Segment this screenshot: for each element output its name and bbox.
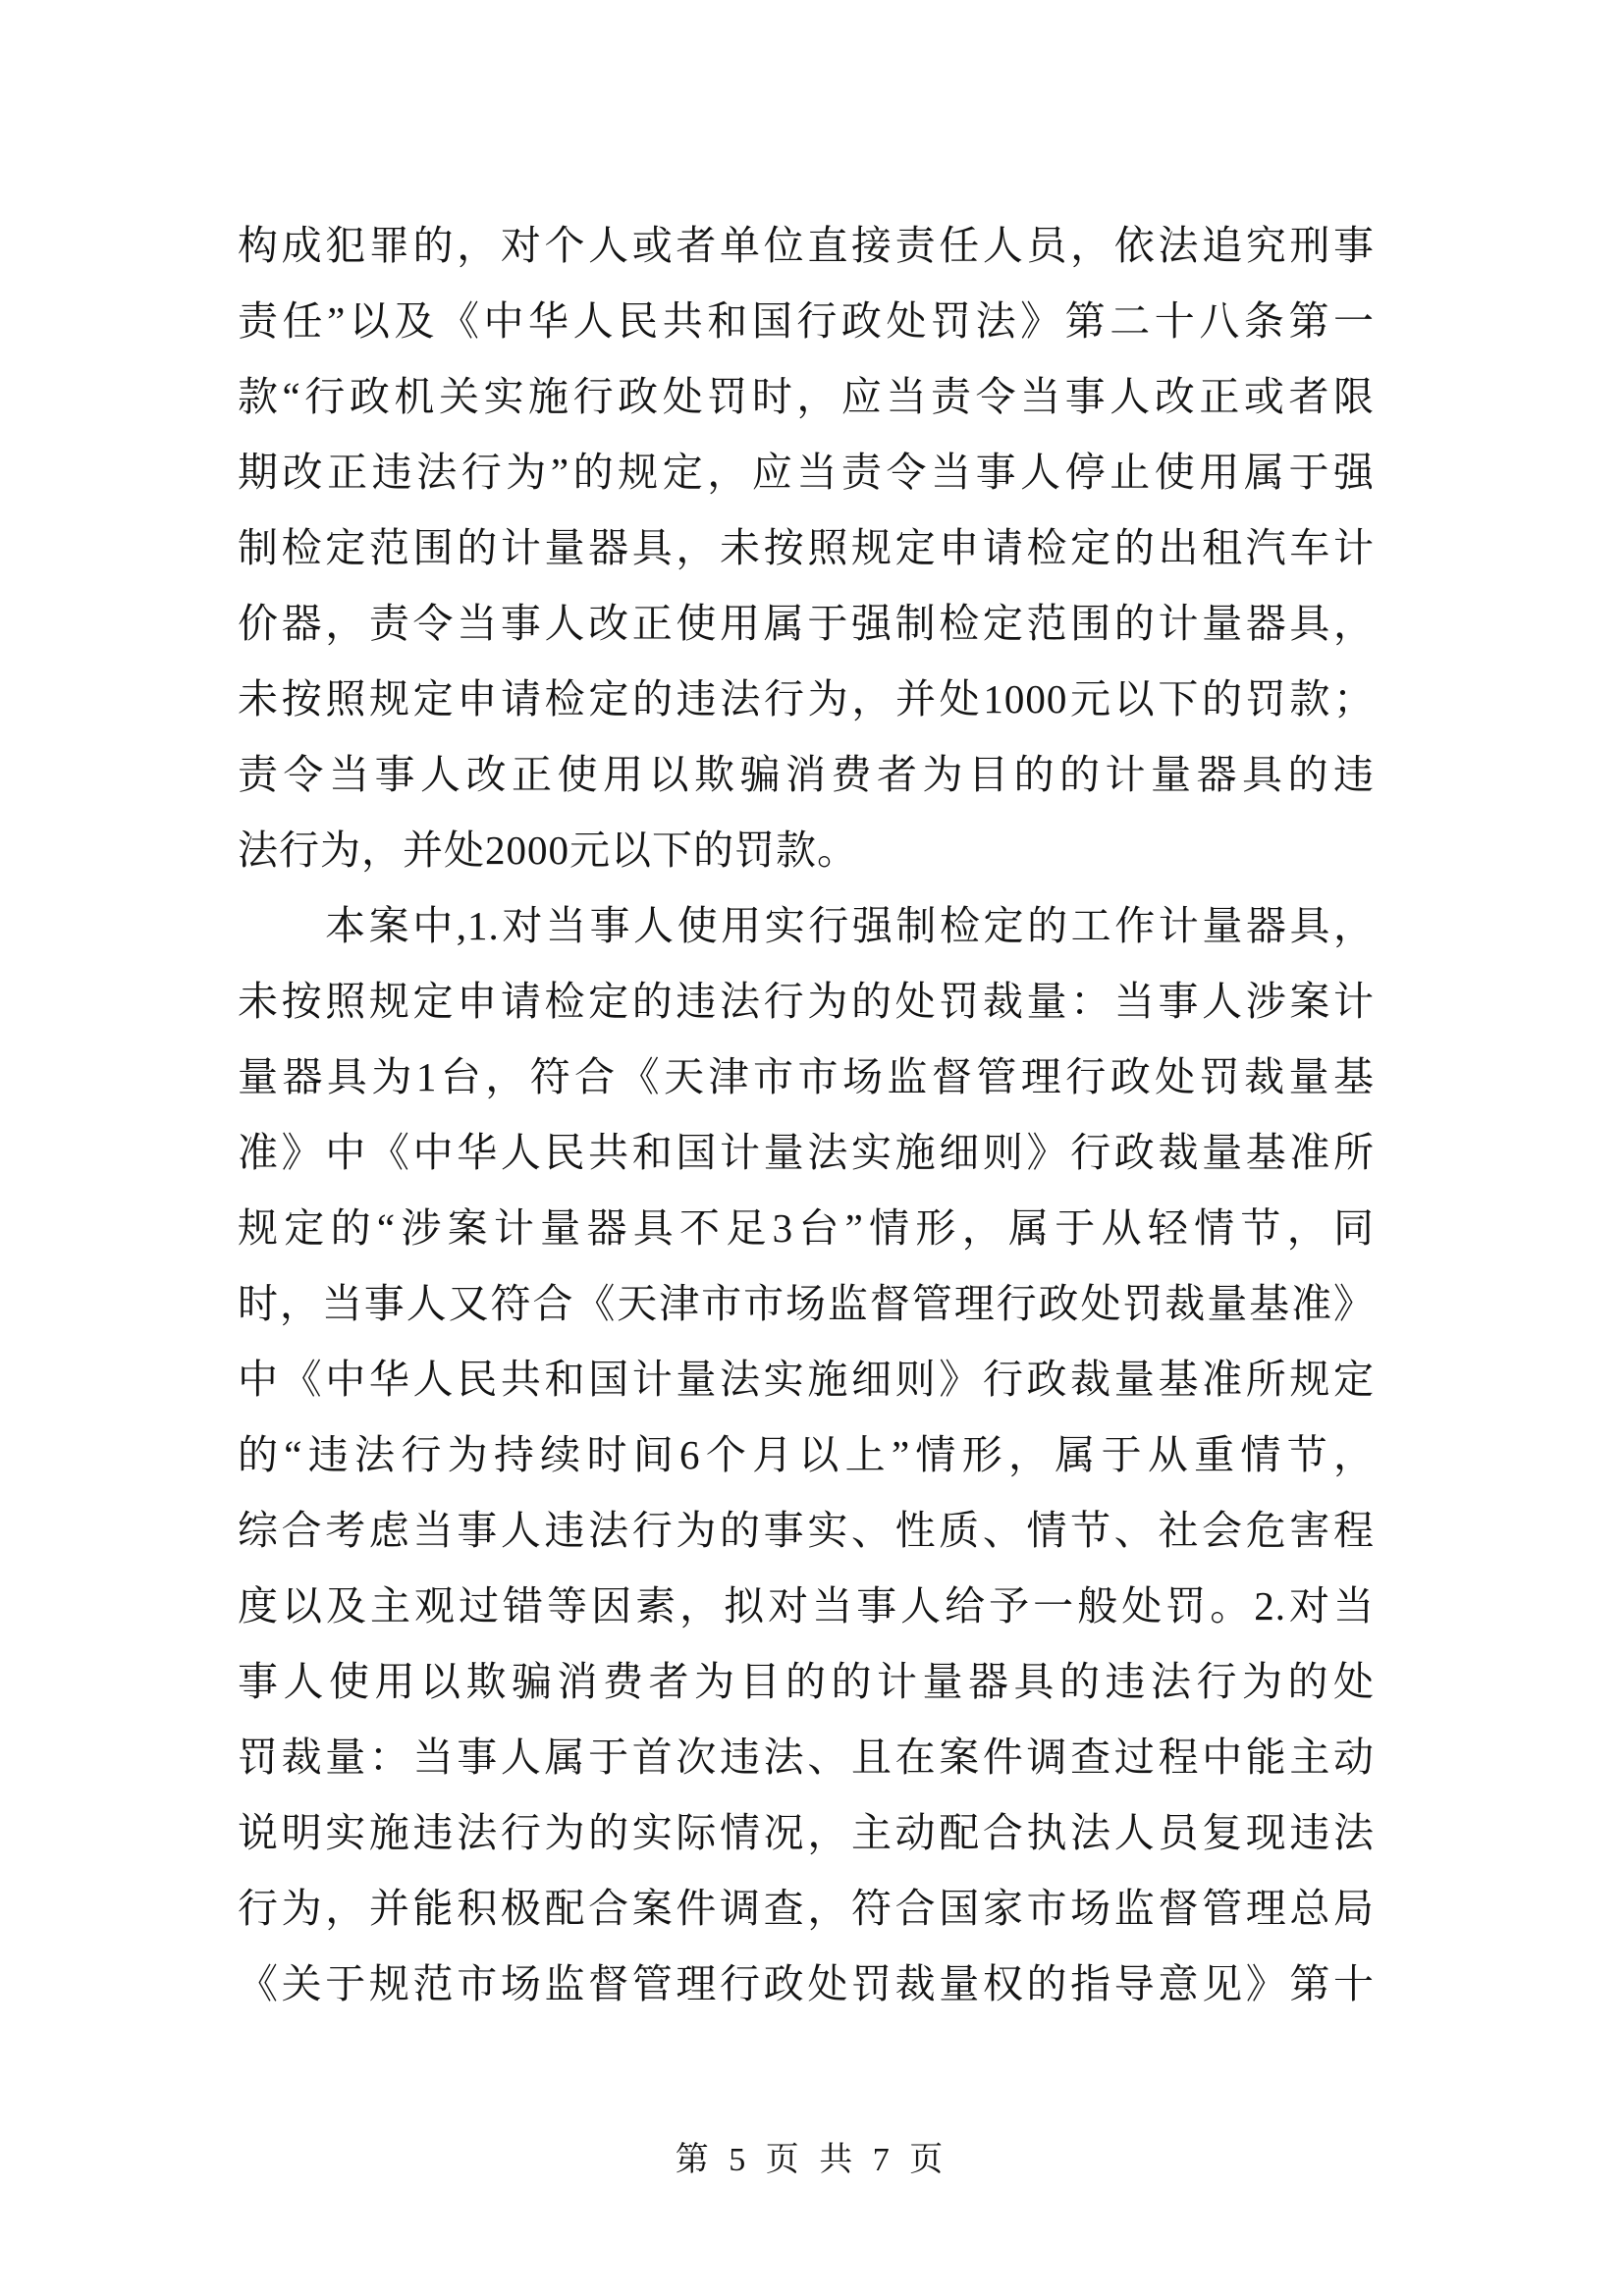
text-line: 事人使用以欺骗消费者为目的的计量器具的违法行为的处 xyxy=(238,1644,1375,1720)
text-line: 说明实施违法行为的实际情况，主动配合执法人员复现违法 xyxy=(238,1795,1375,1871)
document-page: 构成犯罪的，对个人或者单位直接责任人员，依法追究刑事责任”以及《中华人民共和国行… xyxy=(0,0,1624,2296)
text-line: 责令当事人改正使用以欺骗消费者为目的的计量器具的违 xyxy=(238,737,1375,813)
text-line: 时，当事人又符合《天津市市场监督管理行政处罚裁量基准》 xyxy=(238,1266,1375,1342)
page-footer: 第 5 页 共 7 页 xyxy=(0,2132,1624,2180)
text-line: 《关于规范市场监督管理行政处罚裁量权的指导意见》第十 xyxy=(238,1947,1375,2022)
paragraph: 构成犯罪的，对个人或者单位直接责任人员，依法追究刑事责任”以及《中华人民共和国行… xyxy=(238,208,1375,888)
text-line: 未按照规定申请检定的违法行为，并处1000元以下的罚款； xyxy=(238,662,1375,737)
text-line: 期改正违法行为”的规定，应当责令当事人停止使用属于强 xyxy=(238,435,1375,510)
text-line: 责任”以及《中华人民共和国行政处罚法》第二十八条第一 xyxy=(238,284,1375,359)
text-line: 款“行政机关实施行政处罚时，应当责令当事人改正或者限 xyxy=(238,359,1375,435)
text-line: 量器具为1台，符合《天津市市场监督管理行政处罚裁量基 xyxy=(238,1040,1375,1115)
text-line: 规定的“涉案计量器具不足3台”情形，属于从轻情节，同 xyxy=(238,1191,1375,1266)
text-line: 未按照规定申请检定的违法行为的处罚裁量：当事人涉案计 xyxy=(238,964,1375,1040)
text-line: 的“违法行为持续时间6个月以上”情形，属于从重情节， xyxy=(238,1417,1375,1493)
text-line: 本案中,1.对当事人使用实行强制检定的工作计量器具， xyxy=(238,888,1375,964)
text-line: 中《中华人民共和国计量法实施细则》行政裁量基准所规定 xyxy=(238,1342,1375,1417)
document-body: 构成犯罪的，对个人或者单位直接责任人员，依法追究刑事责任”以及《中华人民共和国行… xyxy=(238,208,1375,2022)
text-line: 价器，责令当事人改正使用属于强制检定范围的计量器具， xyxy=(238,586,1375,662)
paragraph: 本案中,1.对当事人使用实行强制检定的工作计量器具，未按照规定申请检定的违法行为… xyxy=(238,888,1375,2022)
text-line: 构成犯罪的，对个人或者单位直接责任人员，依法追究刑事 xyxy=(238,208,1375,284)
text-line: 制检定范围的计量器具，未按照规定申请检定的出租汽车计 xyxy=(238,510,1375,586)
text-line: 准》中《中华人民共和国计量法实施细则》行政裁量基准所 xyxy=(238,1115,1375,1191)
text-line: 综合考虑当事人违法行为的事实、性质、情节、社会危害程 xyxy=(238,1493,1375,1569)
page-number-text: 第 5 页 共 7 页 xyxy=(676,2142,949,2178)
text-line: 行为，并能积极配合案件调查，符合国家市场监督管理总局 xyxy=(238,1871,1375,1947)
text-line: 罚裁量：当事人属于首次违法、且在案件调查过程中能主动 xyxy=(238,1720,1375,1795)
text-line: 法行为，并处2000元以下的罚款。 xyxy=(238,813,1375,888)
text-line: 度以及主观过错等因素，拟对当事人给予一般处罚。2.对当 xyxy=(238,1569,1375,1644)
